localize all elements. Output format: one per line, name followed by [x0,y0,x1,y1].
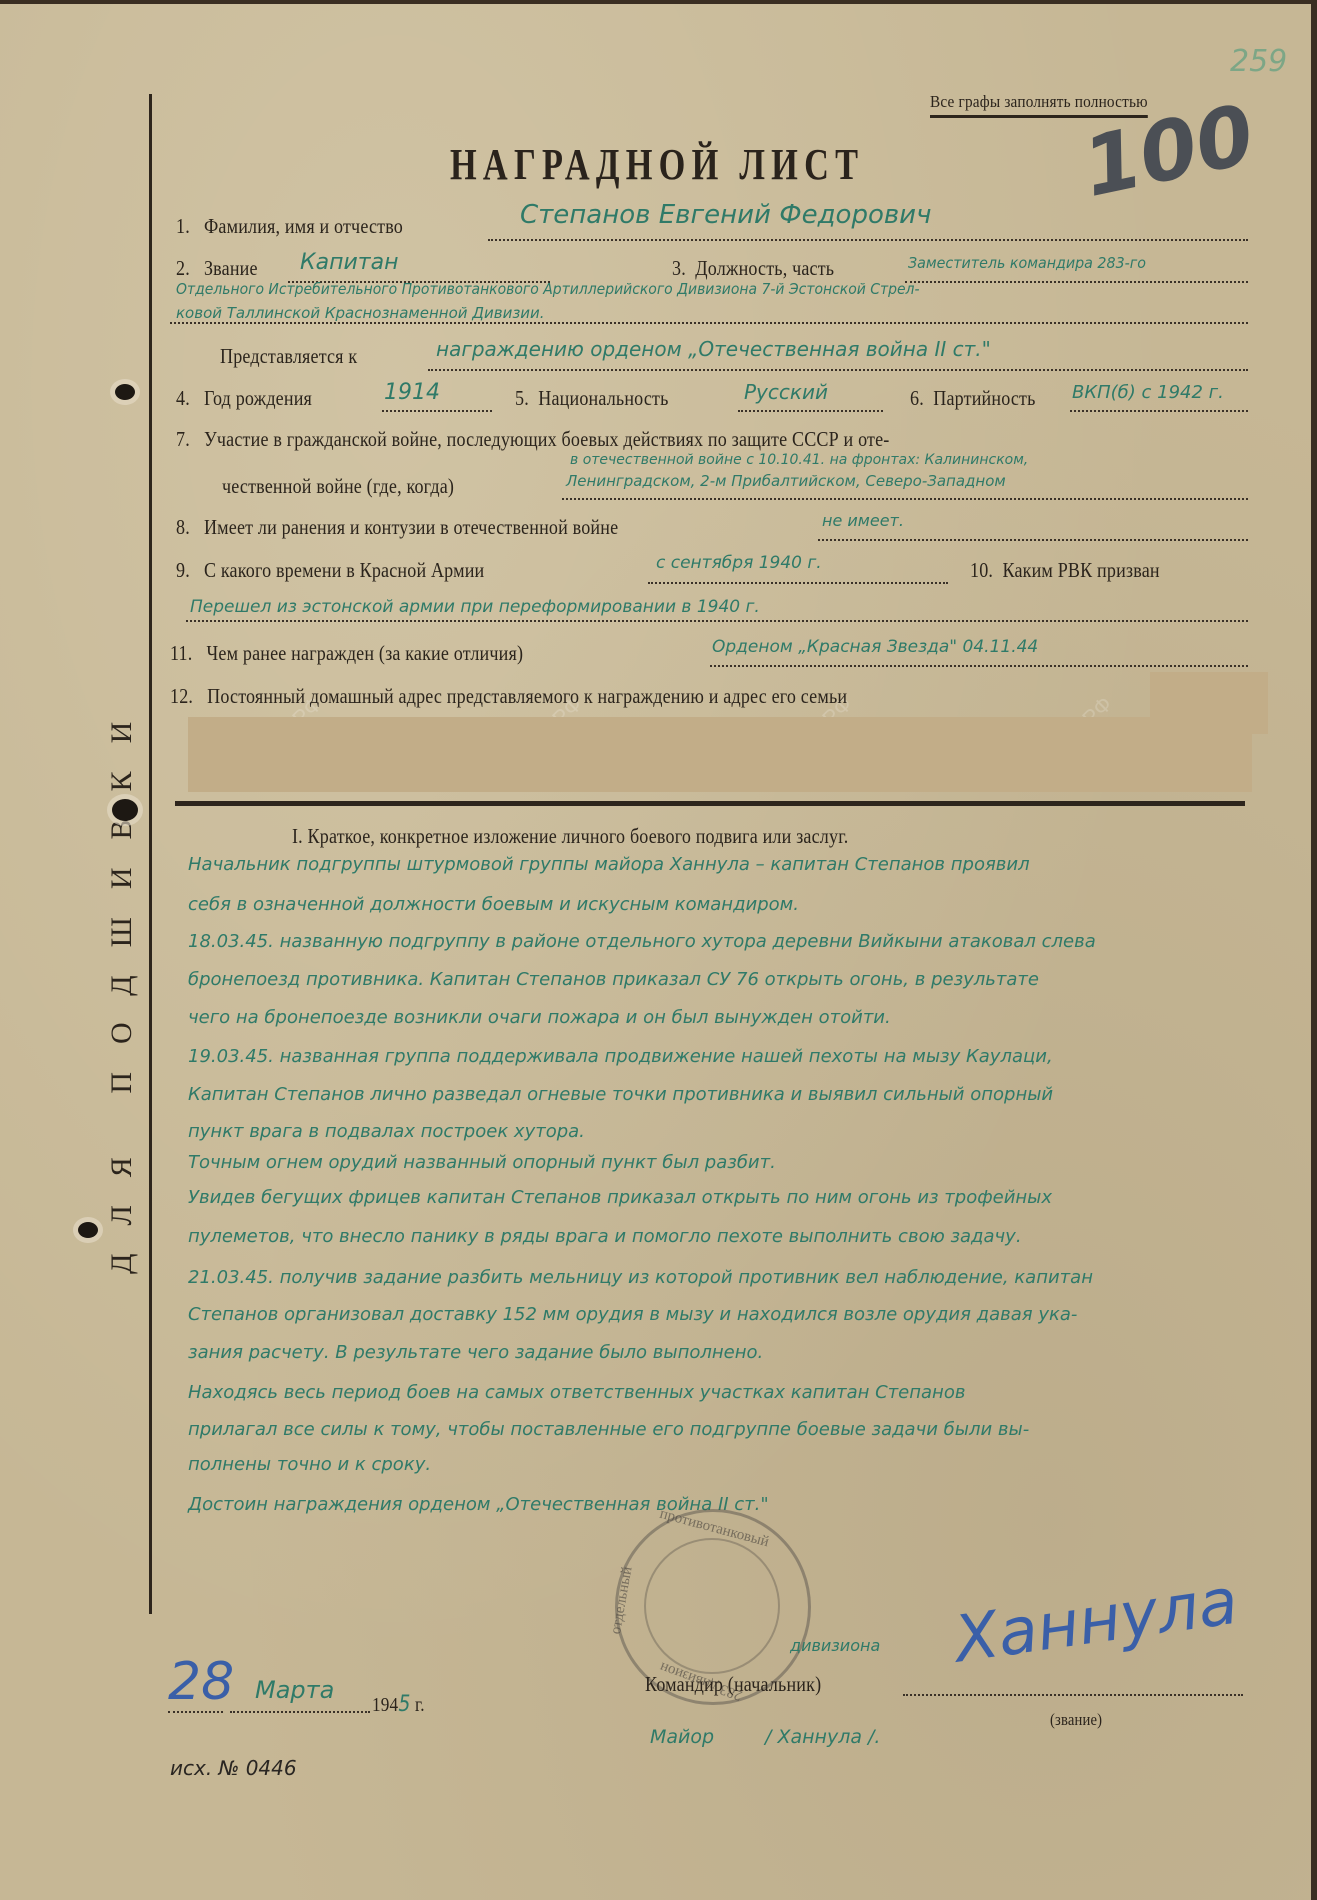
merit-line: прилагал все силы к тому, чтобы поставле… [188,1419,1029,1440]
field-label-party: Партийность [933,386,1035,410]
merit-line: зания расчету. В результате чего задание… [188,1342,763,1363]
merit-line: пункт врага в подвалах построек хутора. [188,1121,585,1142]
archive-number: 259 [1230,44,1287,79]
field-value-birth-year: 1914 [384,380,440,405]
fill-line [230,1711,370,1713]
field-value-rank: Капитан [300,250,398,275]
fill-line [382,410,492,412]
fill-line [170,322,1248,324]
stamp-emblem [644,1538,780,1674]
merit-line: 19.03.45. названная группа поддерживала … [188,1046,1053,1067]
fill-line [562,498,1248,500]
presented-value: награждению орденом „Отечественная война… [436,337,991,361]
field-label-birth-year: Год рождения [204,386,312,410]
date-day: 28 [168,1652,234,1712]
fill-line [710,665,1248,667]
field-number: 7. [176,427,190,451]
field-value-party: ВКП(б) с 1942 г. [1072,382,1224,403]
punch-hole [112,799,138,821]
merit-line: 21.03.45. получив задание разбить мельни… [188,1267,1093,1288]
commander-signature: Ханнула [950,1565,1242,1678]
field-number: 12. [170,684,193,708]
field-number: 2. [176,256,190,280]
merit-line: бронепоезд противника. Капитан Степанов … [188,969,1039,990]
field-label-address: Постоянный домашный адрес представляемог… [207,684,847,708]
field-value-war-line2: Ленинградском, 2-м Прибалтийском, Северо… [566,472,1006,490]
stamp-text-left: отдельный [608,1565,637,1635]
fill-line [428,369,1248,371]
field-label-army-since: С какого времени в Красной Армии [204,558,484,582]
merit-line: себя в означенной должности боевым и иск… [188,894,799,915]
field-number: 9. [176,558,190,582]
merit-line: Степанов организовал доставку 152 мм ору… [188,1304,1077,1325]
merit-line: Точным огнем орудий названный опорный пу… [188,1152,776,1173]
fill-line [818,539,1248,541]
date-year-unit: г. [415,1694,425,1716]
fill-line [905,281,1248,283]
section-divider [175,801,1245,806]
merit-line: полнены точно и к сроку. [188,1454,431,1475]
field-value-position-line2: Отдельного Истребительного Противотанков… [176,280,919,298]
punch-hole [115,384,135,400]
field-label-prior-awards: Чем ранее награжден (за какие отличия) [206,641,523,665]
merit-line: пулеметов, что внесло панику в ряды враг… [188,1226,1022,1247]
redaction-block [188,717,1252,792]
binding-label: ДЛЯ ПОДШИВКИ [105,694,139,1274]
field-value-position-line1: Заместитель командира 283-го [908,254,1146,272]
date-year-suffix: 5 [398,1692,410,1717]
field-label-nationality: Национальность [538,386,668,410]
field-number: 5. [515,386,529,410]
merit-line: Капитан Степанов лично разведал огневые … [188,1084,1053,1105]
field-number: 8. [176,515,190,539]
field-value-army-since: с сентября 1940 г. [656,553,822,573]
fill-line [1070,410,1248,412]
field-label-war-participation: Участие в гражданской войне, последующих… [204,427,890,451]
field-number: 10. [970,558,993,582]
section-heading: I. Краткое, конкретное изложение личного… [292,824,848,849]
date-month: Марта [255,1676,334,1704]
field-label-wounds: Имеет ли ранения и контузии в отечествен… [204,515,618,539]
field-label-rvk: Каким РВК призван [1002,558,1159,582]
field-label-position: Должность, часть [695,256,834,280]
presented-label: Представляется к [220,344,357,369]
rank-caption: (звание) [1050,1710,1102,1730]
field-label-name: Фамилия, имя и отчество [204,214,403,238]
field-number: 4. [176,386,190,410]
field-number: 1. [176,214,190,238]
fill-line [648,582,948,584]
rank-handwritten: Майор [650,1726,714,1748]
commander-label: Командир (начальник) [645,1672,821,1697]
field-value-name: Степанов Евгений Федорович [520,200,931,230]
unit-handwritten: дивизиона [790,1636,880,1655]
field-label-war-where: чественной войне (где, когда) [222,474,454,499]
fill-line [186,620,1248,622]
margin-rule [149,94,152,1614]
merit-line: чего на бронепоезде возникли очаги пожар… [188,1007,891,1028]
page-title: НАГРАДНОЙ ЛИСТ [450,139,864,190]
award-sheet: ЦАМО.РФ ЦАМО.РФ ЦАМО.РФ ЦАМО.РФ 259 Все … [0,0,1317,1900]
fill-line [738,410,883,412]
name-handwritten: / Ханнула /. [765,1726,880,1748]
signature-line [903,1694,1243,1696]
field-number: 6. [910,386,924,410]
outgoing-number: исх. № 0446 [170,1756,297,1780]
merit-line: Находясь весь период боев на самых ответ… [188,1382,965,1403]
fill-line [488,239,1248,241]
field-value-war-line1: в отечественной войне с 10.10.41. на фро… [570,452,1028,468]
merit-line: Начальник подгруппы штурмовой группы май… [188,854,1030,875]
field-number: 11. [170,641,192,665]
field-number: 3. [672,256,686,280]
merit-line: 18.03.45. названную подгруппу в районе о… [188,931,1096,952]
fill-line [168,1711,223,1713]
field-value-prior-awards: Орденом „Красная Звезда" 04.11.44 [712,637,1038,657]
field-value-nationality: Русский [744,380,828,404]
field-value-rvk: Перешел из эстонской армии при переформи… [190,597,760,617]
merit-line: Увидев бегущих фрицев капитан Степанов п… [188,1187,1052,1208]
date-year-prefix: 194 [372,1694,398,1716]
punch-hole [78,1222,98,1238]
field-label-rank: Звание [204,256,258,280]
field-value-wounds: не имеет. [822,511,904,530]
field-value-position-line3: ковой Таллинской Краснознаменной Дивизии… [176,304,545,322]
